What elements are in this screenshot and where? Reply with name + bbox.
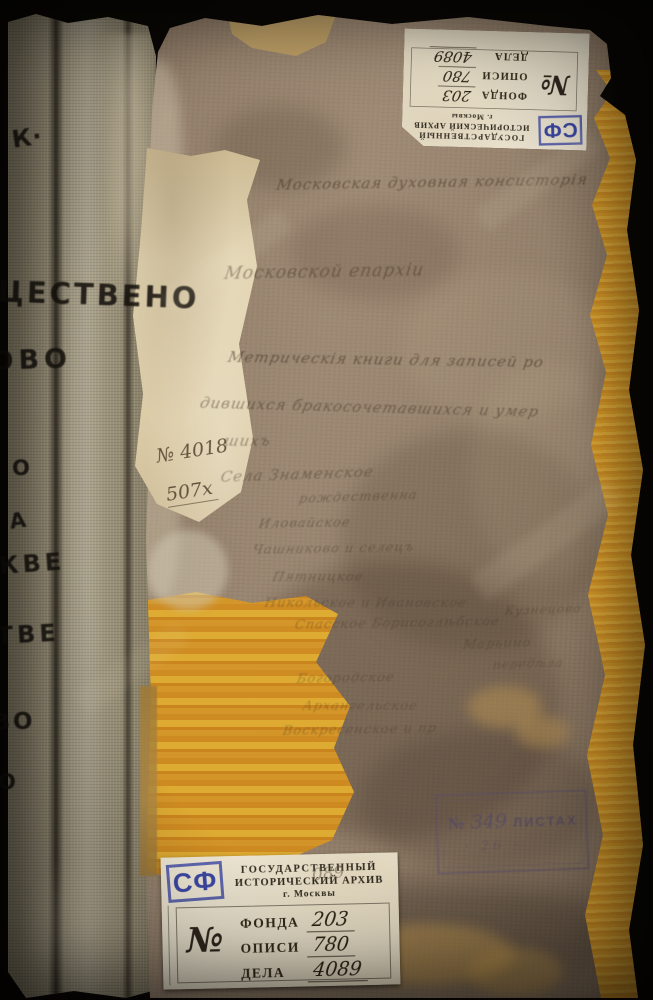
sheets-stamp-line2: · 26 ·	[464, 838, 522, 855]
opis-row: ОПИСИ780	[240, 932, 397, 961]
fond-label: ФОНДА	[240, 915, 300, 932]
opis-value: 780	[435, 66, 476, 85]
label-frame-rule	[168, 906, 171, 986]
archive-label-content: СФ ГОСУДАРСТВЕННЫЙ ИСТОРИЧЕСКИЙ АРХИВ г.…	[161, 852, 401, 989]
handwritten-line: рождественна	[298, 488, 419, 507]
delo-row: ДЕЛА4089	[241, 957, 398, 986]
fond-row: ФОНДА203	[240, 907, 397, 936]
sheets-count-stamp: №349ЛИСТАХ · 26 ·	[435, 789, 590, 874]
org-line: ГОСУДАРСТВЕННЫЙ	[404, 130, 538, 142]
delo-value: 4089	[426, 46, 476, 65]
archive-label-content: СФ ГОСУДАРСТВЕННЫЙ ИСТОРИЧЕСКИЙ АРХИВ г.…	[402, 42, 590, 150]
archive-label-bottom: СФ ГОСУДАРСТВЕННЫЙ ИСТОРИЧЕСКИЙ АРХИВ г.…	[161, 852, 401, 989]
sheets-stamp-line1: №349ЛИСТАХ	[447, 808, 578, 835]
delo-label: ДЕЛА	[481, 49, 528, 63]
handwritten-line: Чашниково и селецъ	[252, 540, 416, 558]
fond-value: 203	[307, 908, 358, 932]
number-sign: №	[540, 68, 570, 100]
opis-label: ОПИСИ	[481, 69, 528, 83]
handwritten-line: Никольское и Ивановское	[263, 596, 468, 611]
handwritten-line: Марьино	[462, 636, 532, 653]
label-rows: ФОНДА203 ОПИСИ780 ДЕЛА4089	[240, 907, 398, 986]
handwritten-line: передѣла	[492, 656, 565, 673]
fond-value: 203	[435, 86, 476, 105]
delo-label: ДЕЛА	[241, 965, 301, 982]
handwritten-line: Села Знаменское	[219, 463, 375, 486]
handwritten-line: Московской епархіи	[223, 261, 426, 285]
opis-value: 780	[307, 933, 358, 957]
opis-row: ОПИСИ780	[406, 64, 528, 87]
label-rows: ФОНДА203 ОПИСИ780 ДЕЛА4089	[405, 44, 528, 106]
pencil-number-annotation: 089	[311, 862, 345, 885]
org-line: г. Москвы	[223, 887, 395, 901]
handwritten-line: Воскресенское и пр	[282, 721, 438, 739]
sheets-word: ЛИСТАХ	[513, 813, 578, 830]
handwritten-line: Кузнецово	[504, 601, 583, 618]
sheets-no-sign: №	[447, 814, 465, 834]
fond-label: ФОНДА	[480, 88, 527, 102]
handwritten-line: дившихся бракосочетавшихся и умер	[198, 394, 541, 421]
handwritten-line: шихъ	[223, 432, 273, 450]
handwritten-line: Иловайское	[258, 515, 352, 532]
sf-stamp-text: СФ	[172, 865, 219, 899]
handwritten-line: Метрическія книги для записей ро	[227, 348, 546, 371]
number-sign: №	[186, 920, 224, 961]
archive-org-name: ГОСУДАРСТВЕННЫЙ ИСТОРИЧЕСКИЙ АРХИВ г. Мо…	[223, 861, 396, 901]
delo-value: 4089	[308, 958, 371, 982]
opis-label: ОПИСИ	[240, 940, 300, 957]
archive-label-top: СФ ГОСУДАРСТВЕННЫЙ ИСТОРИЧЕСКИЙ АРХИВ г.…	[401, 28, 589, 150]
book-cover-photo: К·ЩЕСТВЕНООВООАКВЕТВЕВОО Московская духо…	[0, 0, 653, 1000]
sf-stamp: СФ	[166, 861, 225, 903]
handwritten-line: Архангельское	[301, 699, 419, 714]
sheets-number: 349	[470, 810, 507, 833]
handwritten-line: Богородское	[296, 670, 396, 687]
delo-row: ДЕЛА4089	[406, 44, 528, 67]
handwritten-line: Спасское Борисоглѣбское	[294, 614, 501, 633]
archive-org-name: ГОСУДАРСТВЕННЫЙ ИСТОРИЧЕСКИЙ АРХИВ г. Мо…	[404, 110, 539, 142]
handwritten-line: Пятницкое	[271, 570, 364, 585]
fond-row: ФОНДА203	[405, 83, 527, 106]
